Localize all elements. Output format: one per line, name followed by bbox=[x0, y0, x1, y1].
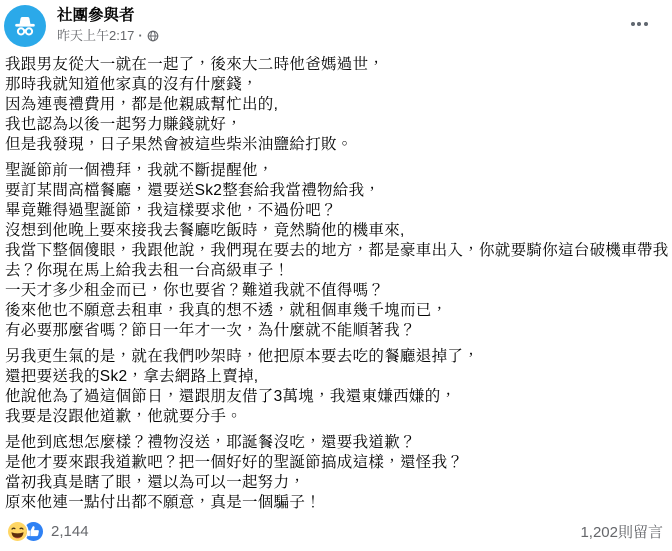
reaction-summary[interactable]: 2,144 bbox=[8, 522, 89, 541]
facebook-post: 社團參與者 昨天上午2:17 · 我跟男友從大一就在一起了，後來大二時他爸媽過世… bbox=[0, 0, 672, 551]
post-paragraph: 另我更生氣的是，就在我們吵架時，他把原本要去吃的餐廳退掉了，還把要送我的Sk2，… bbox=[5, 347, 664, 427]
post-line: 要訂某間高檔餐廳，還要送Sk2整套給我當禮物給我， bbox=[5, 181, 664, 201]
post-line: 我跟男友從大一就在一起了，後來大二時他爸媽過世， bbox=[5, 55, 664, 75]
post-line: 後來他也不願意去租車，我真的想不透，就租個車幾千塊而已， bbox=[5, 301, 664, 321]
post-line: 畢竟難得過聖誕節，我這樣要求他，不過份吧？ bbox=[5, 201, 664, 221]
post-line: 一天才多少租金而已，你也要省？難道我就不值得嗎？ bbox=[5, 281, 664, 301]
post-meta-line: 昨天上午2:17 · bbox=[57, 28, 159, 44]
author-name[interactable]: 社團參與者 bbox=[57, 6, 159, 26]
globe-icon bbox=[147, 30, 159, 42]
post-line: 是他到底想怎麼樣？禮物沒送，耶誕餐沒吃，還要我道歉？ bbox=[5, 433, 664, 453]
comment-count[interactable]: 1,202則留言 bbox=[580, 521, 663, 542]
meta-separator: · bbox=[138, 28, 142, 44]
haha-reaction-icon bbox=[8, 522, 27, 541]
post-line: 當初我真是瞎了眼，還以為可以一起努力， bbox=[5, 473, 664, 493]
post-line: 我當下整個傻眼，我跟他說，我們現在要去的地方，都是豪車出入，你就要騎你這台破機車… bbox=[5, 241, 664, 261]
post-paragraph: 聖誕節前一個禮拜，我就不斷提醒他，要訂某間高檔餐廳，還要送Sk2整套給我當禮物給… bbox=[5, 161, 664, 341]
post-line: 原來他連一點付出都不願意，真是一個騙子！ bbox=[5, 493, 664, 513]
post-line: 那時我就知道他家真的沒有什麼錢， bbox=[5, 75, 664, 95]
post-line: 沒想到他晚上要來接我去餐廳吃飯時，竟然騎他的機車來, bbox=[5, 221, 664, 241]
reaction-count[interactable]: 2,144 bbox=[51, 523, 89, 540]
post-header: 社團參與者 昨天上午2:17 · bbox=[0, 0, 672, 53]
anonymous-incognito-icon bbox=[11, 12, 39, 40]
ellipsis-icon bbox=[631, 22, 648, 26]
post-line: 但是我發現，日子果然會被這些柴米油鹽給打敗。 bbox=[5, 135, 664, 155]
engagement-bar: 2,144 1,202則留言 bbox=[0, 519, 672, 551]
post-paragraph: 是他到底想怎麼樣？禮物沒送，耶誕餐沒吃，還要我道歉？是他才要來跟我道歉吧？把一個… bbox=[5, 433, 664, 513]
post-line: 聖誕節前一個禮拜，我就不斷提醒他， bbox=[5, 161, 664, 181]
post-line: 去？你現在馬上給我去租一台高級車子！ bbox=[5, 261, 664, 281]
header-meta: 社團參與者 昨天上午2:17 · bbox=[57, 6, 159, 44]
post-paragraph: 我跟男友從大一就在一起了，後來大二時他爸媽過世，那時我就知道他家真的沒有什麼錢，… bbox=[5, 55, 664, 155]
post-line: 還把要送我的Sk2，拿去網路上賣掉, bbox=[5, 367, 664, 387]
post-line: 有必要那麼省嗎？節日一年才一次，為什麼就不能順著我？ bbox=[5, 321, 664, 341]
post-line: 他說他為了過這個節日，還跟朋友借了3萬塊，我還東嫌西嫌的， bbox=[5, 387, 664, 407]
timestamp[interactable]: 昨天上午2:17 bbox=[57, 28, 134, 44]
post-line: 我要是沒跟他道歉，他就要分手。 bbox=[5, 407, 664, 427]
post-line: 因為連喪禮費用，都是他親戚幫忙出的, bbox=[5, 95, 664, 115]
post-line: 另我更生氣的是，就在我們吵架時，他把原本要去吃的餐廳退掉了， bbox=[5, 347, 664, 367]
post-content: 我跟男友從大一就在一起了，後來大二時他爸媽過世，那時我就知道他家真的沒有什麼錢，… bbox=[0, 53, 672, 513]
post-line: 是他才要來跟我道歉吧？把一個好好的聖誕節搞成這樣，還怪我？ bbox=[5, 453, 664, 473]
post-menu-button[interactable] bbox=[623, 12, 655, 36]
avatar[interactable] bbox=[4, 5, 46, 47]
post-line: 我也認為以後一起努力賺錢就好， bbox=[5, 115, 664, 135]
